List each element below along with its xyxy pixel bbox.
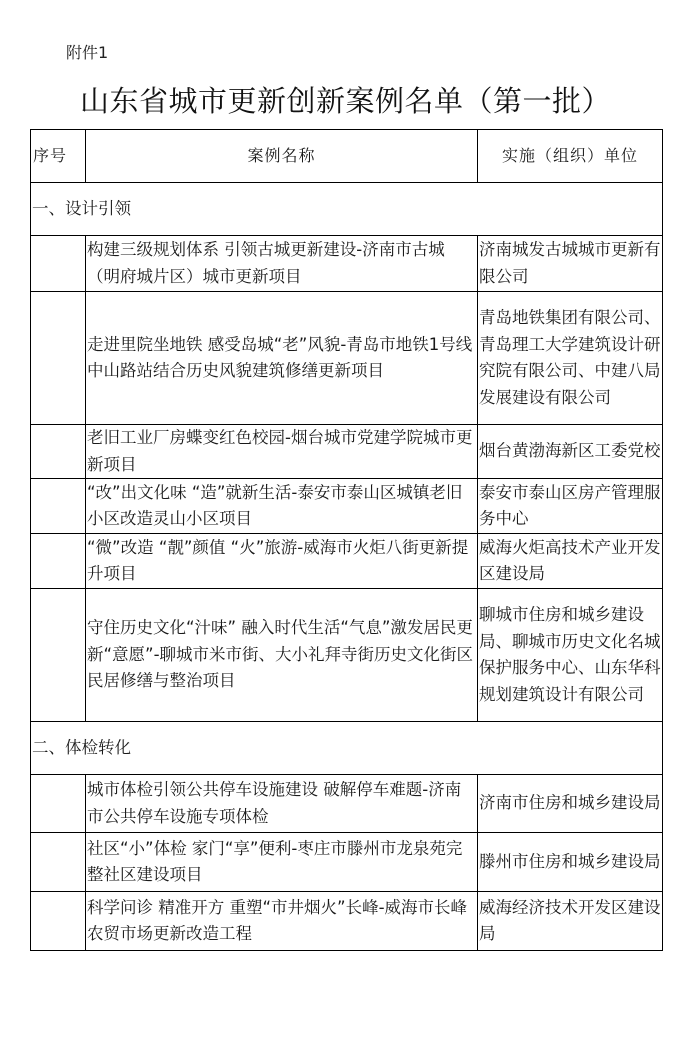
table-header-row: 序号 案例名称 实施（组织）单位 — [31, 130, 663, 183]
case-name-cell: “微”改造 “靓”颜值 “火”旅游-威海市火炬八街更新提升项目 — [86, 534, 478, 589]
table-row: 老旧工业厂房蝶变红色校园-烟台城市党建学院城市更新项目 烟台黄渤海新区工委党校 — [31, 425, 663, 479]
header-case-name: 案例名称 — [86, 130, 478, 183]
attachment-label: 附件1 — [66, 43, 108, 63]
table-row: 守住历史文化“汁味” 融入时代生活“气息”激发居民更新“意愿”-聊城市米市街、大… — [31, 589, 663, 722]
header-serial-number: 序号 — [31, 130, 86, 183]
case-name-cell: 科学问诊 精准开方 重塑“市井烟火”长峰-威海市长峰农贸市场更新改造工程 — [86, 892, 478, 951]
unit-cell: 威海经济技术开发区建设局 — [478, 892, 663, 951]
serial-cell — [31, 775, 86, 833]
unit-cell: 烟台黄渤海新区工委党校 — [478, 425, 663, 479]
serial-cell — [31, 479, 86, 534]
unit-cell: 泰安市泰山区房产管理服务中心 — [478, 479, 663, 534]
unit-cell: 青岛地铁集团有限公司、青岛理工大学建筑设计研究院有限公司、中建八局发展建设有限公… — [478, 292, 663, 425]
unit-cell: 滕州市住房和城乡建设局 — [478, 833, 663, 892]
serial-cell — [31, 292, 86, 425]
serial-cell — [31, 425, 86, 479]
unit-cell: 济南市住房和城乡建设局 — [478, 775, 663, 833]
table-row: 科学问诊 精准开方 重塑“市井烟火”长峰-威海市长峰农贸市场更新改造工程 威海经… — [31, 892, 663, 951]
table-row: 社区“小”体检 家门“享”便利-枣庄市滕州市龙泉苑完整社区建设项目 滕州市住房和… — [31, 833, 663, 892]
table-row: 走进里院坐地铁 感受岛城“老”风貌-青岛市地铁1号线中山路站结合历史风貌建筑修缮… — [31, 292, 663, 425]
serial-cell — [31, 892, 86, 951]
header-implementing-unit: 实施（组织）单位 — [478, 130, 663, 183]
section-row-inspection-transformation: 二、体检转化 — [31, 722, 663, 775]
case-name-cell: 守住历史文化“汁味” 融入时代生活“气息”激发居民更新“意愿”-聊城市米市街、大… — [86, 589, 478, 722]
section-row-design-leading: 一、设计引领 — [31, 183, 663, 236]
serial-cell — [31, 833, 86, 892]
unit-cell: 威海火炬高技术产业开发区建设局 — [478, 534, 663, 589]
case-list-table: 序号 案例名称 实施（组织）单位 一、设计引领 构建三级规划体系 引领古城更新建… — [30, 129, 663, 951]
case-name-cell: 社区“小”体检 家门“享”便利-枣庄市滕州市龙泉苑完整社区建设项目 — [86, 833, 478, 892]
section-label: 二、体检转化 — [31, 722, 663, 775]
case-name-cell: 城市体检引领公共停车设施建设 破解停车难题-济南市公共停车设施专项体检 — [86, 775, 478, 833]
case-name-cell: 走进里院坐地铁 感受岛城“老”风貌-青岛市地铁1号线中山路站结合历史风貌建筑修缮… — [86, 292, 478, 425]
serial-cell — [31, 236, 86, 292]
table-row: “微”改造 “靓”颜值 “火”旅游-威海市火炬八街更新提升项目 威海火炬高技术产… — [31, 534, 663, 589]
table-row: 构建三级规划体系 引领古城更新建设-济南市古城（明府城片区）城市更新项目 济南城… — [31, 236, 663, 292]
section-label: 一、设计引领 — [31, 183, 663, 236]
case-name-cell: “改”出文化味 “造”就新生活-泰安市泰山区城镇老旧小区改造灵山小区项目 — [86, 479, 478, 534]
unit-cell: 济南城发古城城市更新有限公司 — [478, 236, 663, 292]
serial-cell — [31, 534, 86, 589]
table-row: 城市体检引领公共停车设施建设 破解停车难题-济南市公共停车设施专项体检 济南市住… — [31, 775, 663, 833]
unit-cell: 聊城市住房和城乡建设局、聊城市历史文化名城保护服务中心、山东华科规划建筑设计有限… — [478, 589, 663, 722]
serial-cell — [31, 589, 86, 722]
table-row: “改”出文化味 “造”就新生活-泰安市泰山区城镇老旧小区改造灵山小区项目 泰安市… — [31, 479, 663, 534]
case-name-cell: 老旧工业厂房蝶变红色校园-烟台城市党建学院城市更新项目 — [86, 425, 478, 479]
case-name-cell: 构建三级规划体系 引领古城更新建设-济南市古城（明府城片区）城市更新项目 — [86, 236, 478, 292]
document-title: 山东省城市更新创新案例名单（第一批） — [80, 82, 611, 120]
